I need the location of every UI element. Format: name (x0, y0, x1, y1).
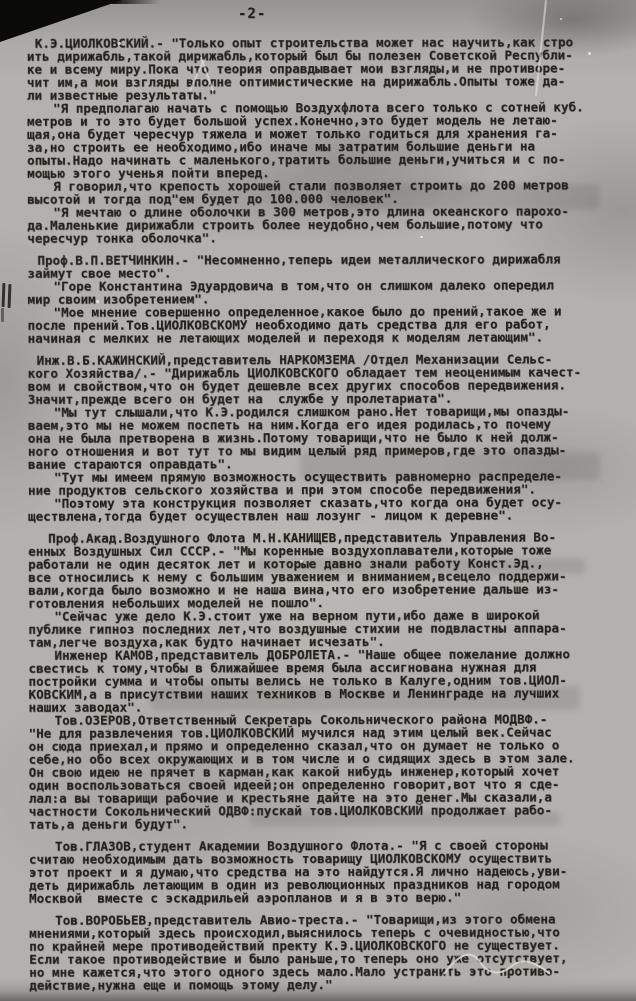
paper-speck (588, 52, 591, 55)
document-body: К.Э.ЦИОЛКОВСКИЙ.- "Только опыт строитель… (27, 35, 615, 992)
paragraph-kazhinsky-1: Инж.В.Б.КАЖИНСКИЙ,представитель НАРКОМЗЕ… (28, 352, 614, 406)
paragraph-vetchinkin-2: "Горе Константина Эдуардовича в том,что … (27, 278, 613, 306)
paragraph-vetchinkin-3: "Мое мнение совершенно определенное,како… (27, 304, 613, 345)
paragraph-tsiolkovsky-3: Я говорил,что крепость хорошей стали поз… (27, 178, 613, 206)
paragraph-kamov: Инженер КАМОВ,представитель ДОБРОЛЕТА.- … (28, 647, 614, 714)
paragraph-ozerov: Тов.ОЗЕРОВ,Ответственный Секретарь Сокол… (29, 712, 615, 831)
paper-speck (300, 560, 303, 563)
margin-tick-mark (2, 283, 5, 307)
paragraph-vetchinkin-1: Проф.В.П.ВЕТЧИНКИН.- "Несомненно,теперь … (27, 252, 613, 280)
page-number: -2- (238, 6, 266, 22)
paragraph-kanishchev-2: "Сейчас уже дело К.Э.стоит уже на верном… (28, 608, 614, 649)
scratch-squiggle (438, 942, 558, 984)
paragraph-kanishchev-1: Проф.Акад.Воздушного Флота М.Н.КАНИЩЕВ,п… (28, 530, 614, 610)
paper-speck (560, 18, 562, 20)
paper-speck (118, 42, 121, 45)
paragraph-kazhinsky-3: "Тут мы имеем прямую возможность осущест… (28, 469, 614, 497)
paragraph-tsiolkovsky-1: К.Э.ЦИОЛКОВСКИЙ.- "Только опыт строитель… (27, 35, 613, 102)
paper-speck (96, 300, 99, 303)
scanned-typewritten-page: -2- К.Э.ЦИОЛКОВСКИЙ.- "Только опыт строи… (0, 0, 636, 1001)
paragraph-kazhinsky-4: "Поэтому эта конструкция позволяет сказа… (28, 495, 614, 523)
margin-tick-mark (8, 284, 11, 308)
paper-speck (420, 236, 423, 238)
paragraph-glazov: Тов.ГЛАЗОВ,студент Академии Воздушного Ф… (29, 838, 615, 905)
margin-tick-mark (1, 308, 4, 322)
paragraph-kazhinsky-2: "Мы тут слышали,что К.Э.родился слишком … (28, 404, 614, 471)
paragraph-tsiolkovsky-2: "Я предполагаю начать с помощью Воздухфл… (27, 100, 613, 180)
paragraph-tsiolkovsky-4: "Я мечтаю о длине оболочки в 300 метров,… (27, 204, 613, 245)
